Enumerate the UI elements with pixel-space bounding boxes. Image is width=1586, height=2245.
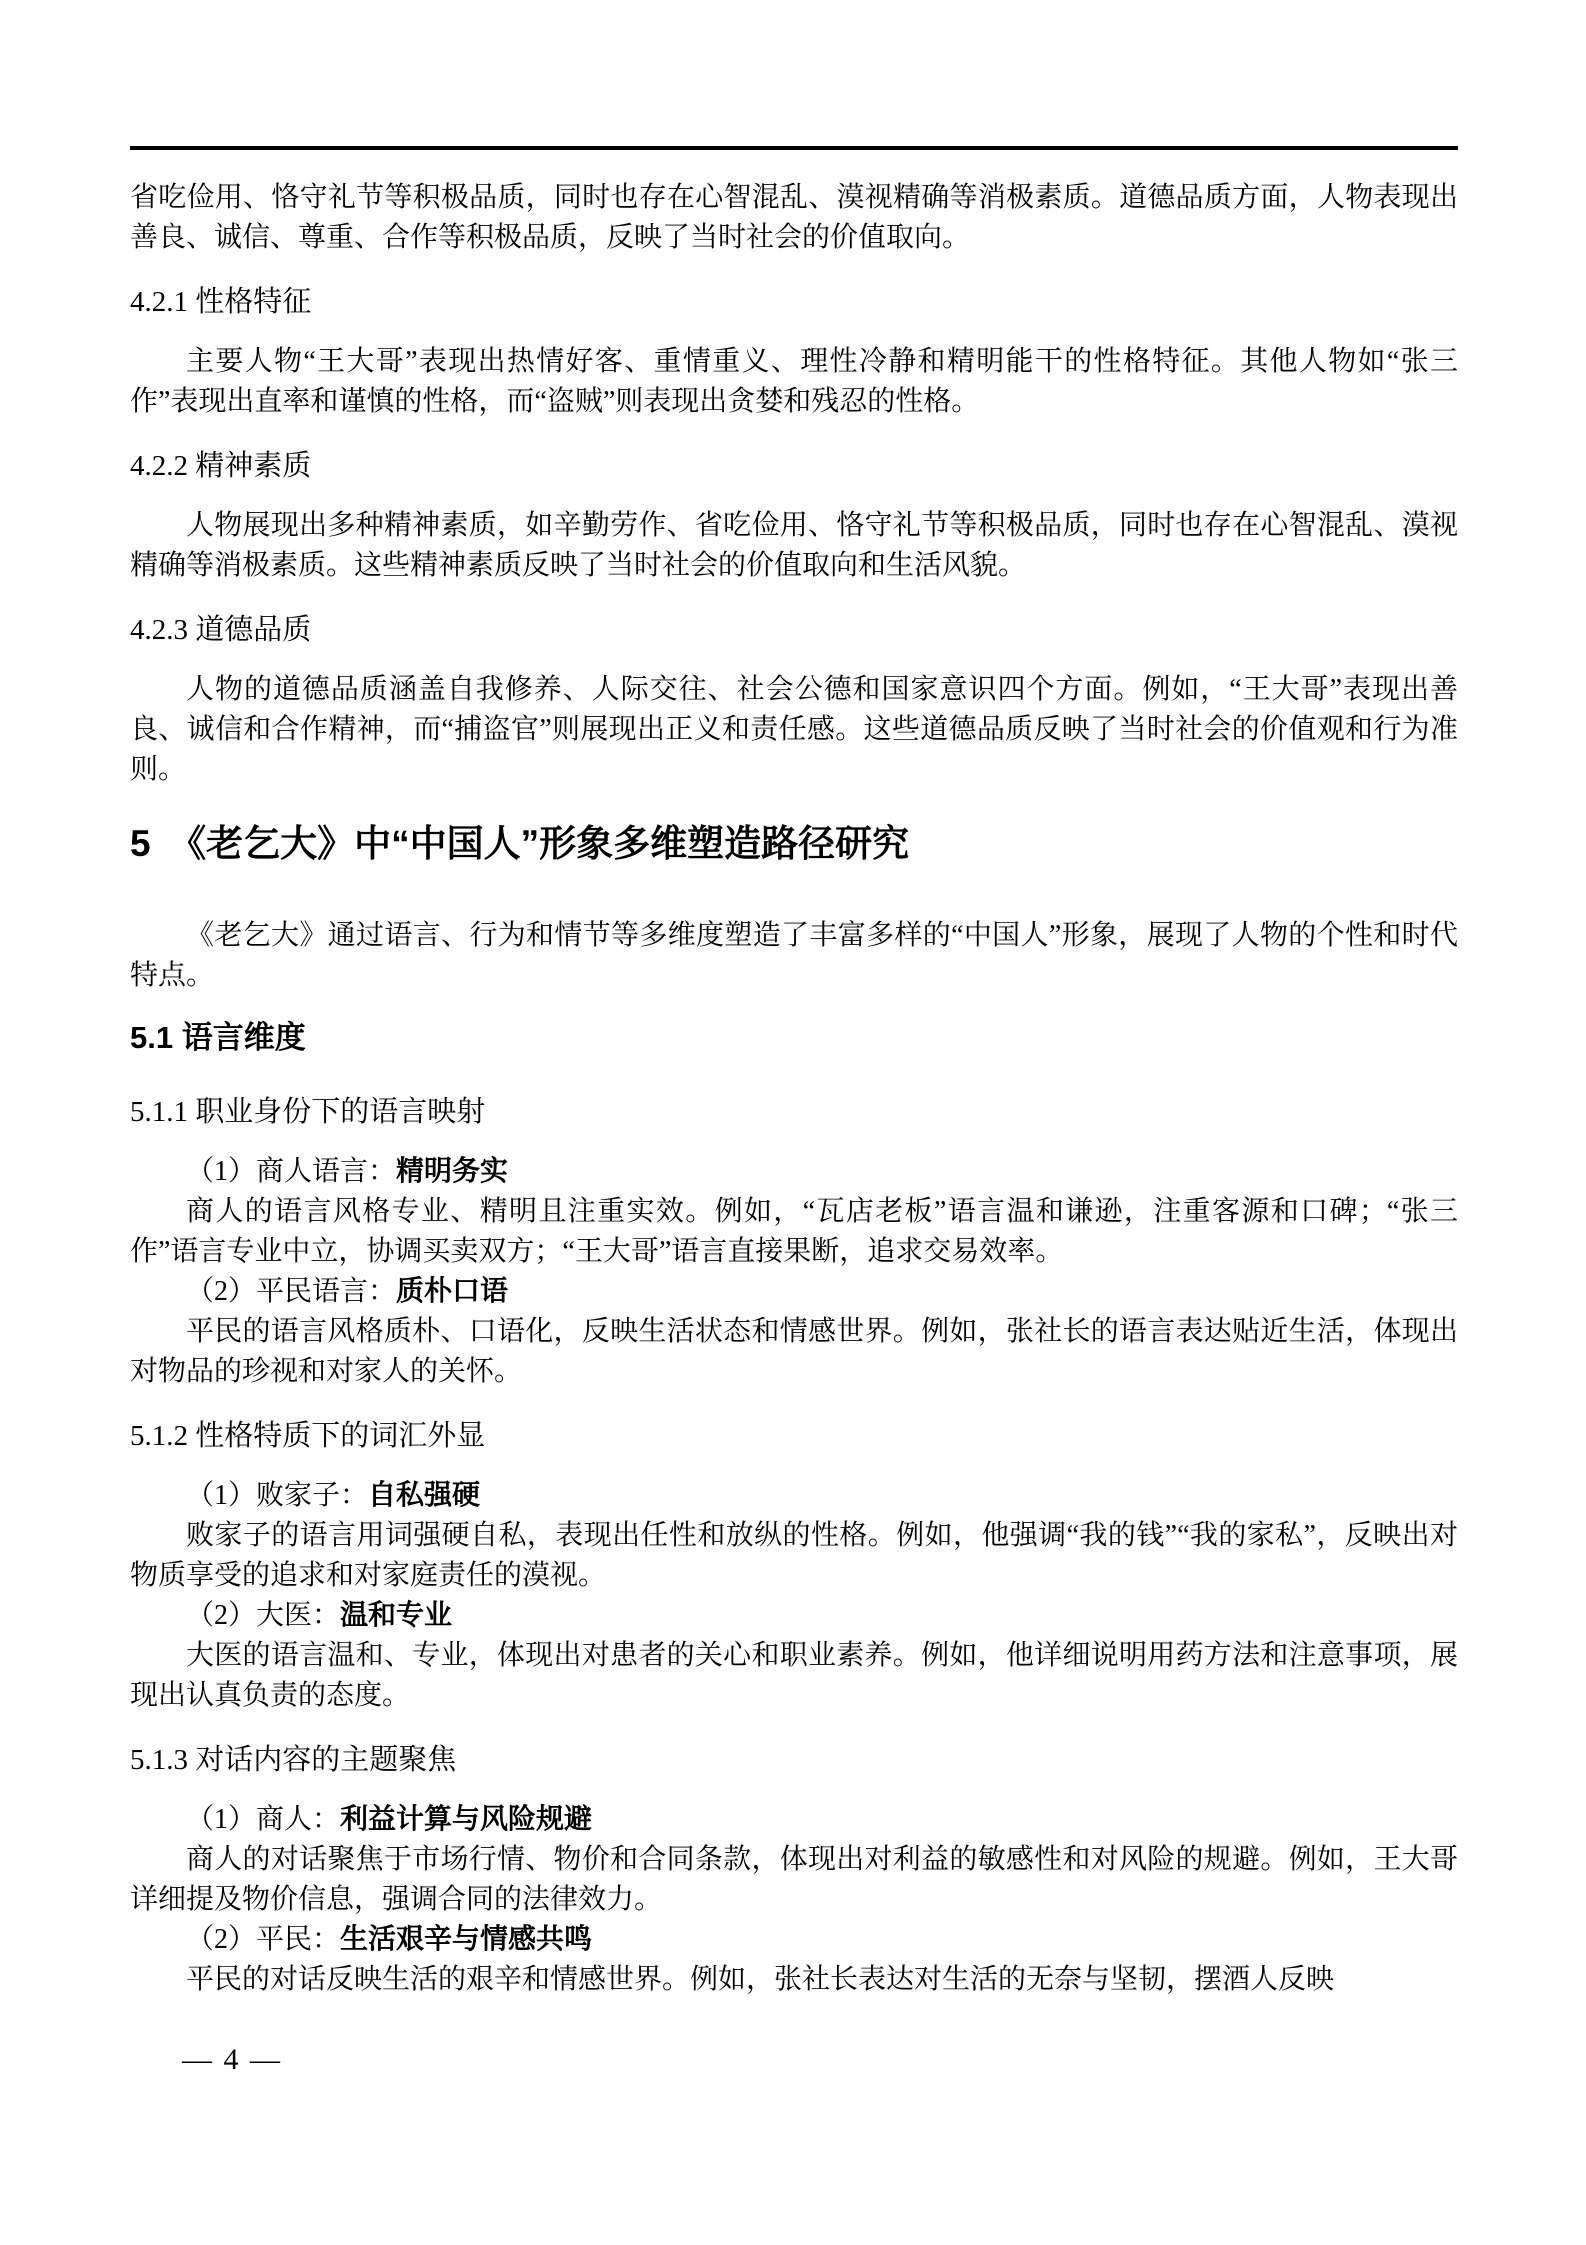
heading-5-1-2: 5.1.2 性格特质下的词汇外显: [130, 1416, 1458, 1456]
list-item-label: （2）平民语言：: [186, 1276, 396, 1307]
page-content: 省吃俭用、恪守礼节等积极品质，同时也存在心智混乱、漠视精确等消极素质。道德品质方…: [130, 146, 1458, 2000]
paragraph-5-1-1-merchant: 商人的语言风格专业、精明且注重实效。例如，“瓦店老板”语言温和谦逊，注重客源和口…: [130, 1192, 1458, 1272]
heading-chapter-5: 5 《老乞大》中“中国人”形象多维塑造路径研究: [130, 818, 1458, 870]
list-item-term: 自私强硬: [368, 1480, 480, 1511]
paragraph-5-1-1-commoner: 平民的语言风格质朴、口语化，反映生活状态和情感世界。例如，张社长的语言表达贴近生…: [130, 1312, 1458, 1392]
paragraph-continuation: 省吃俭用、恪守礼节等积极品质，同时也存在心智混乱、漠视精确等消极素质。道德品质方…: [130, 178, 1458, 258]
list-item-label: （2）大医：: [186, 1600, 340, 1631]
list-item-5-1-3-commoner: （2）平民：生活艰辛与情感共鸣: [130, 1920, 1458, 1960]
list-item-5-1-2-prodigal: （1）败家子：自私强硬: [130, 1476, 1458, 1516]
heading-4-2-3: 4.2.3 道德品质: [130, 610, 1458, 650]
heading-5-1-1: 5.1.1 职业身份下的语言映射: [130, 1092, 1458, 1132]
list-item-term: 质朴口语: [396, 1276, 508, 1307]
document-page: 省吃俭用、恪守礼节等积极品质，同时也存在心智混乱、漠视精确等消极素质。道德品质方…: [0, 0, 1586, 2245]
list-item-term: 利益计算与风险规避: [340, 1804, 592, 1835]
list-item-term: 生活艰辛与情感共鸣: [340, 1924, 592, 1955]
list-item-5-1-1-commoner: （2）平民语言：质朴口语: [130, 1272, 1458, 1312]
list-item-term: 精明务实: [396, 1156, 508, 1187]
paragraph-5-1-3-merchant: 商人的对话聚焦于市场行情、物价和合同条款，体现出对利益的敏感性和对风险的规避。例…: [130, 1840, 1458, 1920]
page-number: — 4 —: [182, 2042, 282, 2078]
paragraph-4-2-1: 主要人物“王大哥”表现出热情好客、重情重义、理性冷静和精明能干的性格特征。其他人…: [130, 342, 1458, 422]
paragraph-5-1-3-commoner: 平民的对话反映生活的艰辛和情感世界。例如，张社长表达对生活的无奈与坚韧，摆酒人反…: [130, 1960, 1458, 2000]
list-item-5-1-1-merchant: （1）商人语言：精明务实: [130, 1152, 1458, 1192]
list-item-label: （1）商人：: [186, 1804, 340, 1835]
heading-4-2-1: 4.2.1 性格特征: [130, 282, 1458, 322]
heading-5-1: 5.1 语言维度: [130, 1016, 1458, 1060]
heading-4-2-2: 4.2.2 精神素质: [130, 446, 1458, 486]
list-item-label: （1）商人语言：: [186, 1156, 396, 1187]
paragraph-4-2-3: 人物的道德品质涵盖自我修养、人际交往、社会公德和国家意识四个方面。例如，“王大哥…: [130, 670, 1458, 790]
heading-5-1-3: 5.1.3 对话内容的主题聚焦: [130, 1740, 1458, 1780]
paragraph-5-1-2-doctor: 大医的语言温和、专业，体现出对患者的关心和职业素养。例如，他详细说明用药方法和注…: [130, 1636, 1458, 1716]
list-item-label: （2）平民：: [186, 1924, 340, 1955]
paragraph-chapter-5-intro: 《老乞大》通过语言、行为和情节等多维度塑造了丰富多样的“中国人”形象，展现了人物…: [130, 916, 1458, 996]
header-rule: [130, 146, 1458, 150]
paragraph-5-1-2-prodigal: 败家子的语言用词强硬自私，表现出任性和放纵的性格。例如，他强调“我的钱”“我的家…: [130, 1516, 1458, 1596]
list-item-5-1-2-doctor: （2）大医：温和专业: [130, 1596, 1458, 1636]
paragraph-4-2-2: 人物展现出多种精神素质，如辛勤劳作、省吃俭用、恪守礼节等积极品质，同时也存在心智…: [130, 506, 1458, 586]
list-item-5-1-3-merchant: （1）商人：利益计算与风险规避: [130, 1800, 1458, 1840]
list-item-label: （1）败家子：: [186, 1480, 368, 1511]
list-item-term: 温和专业: [340, 1600, 452, 1631]
